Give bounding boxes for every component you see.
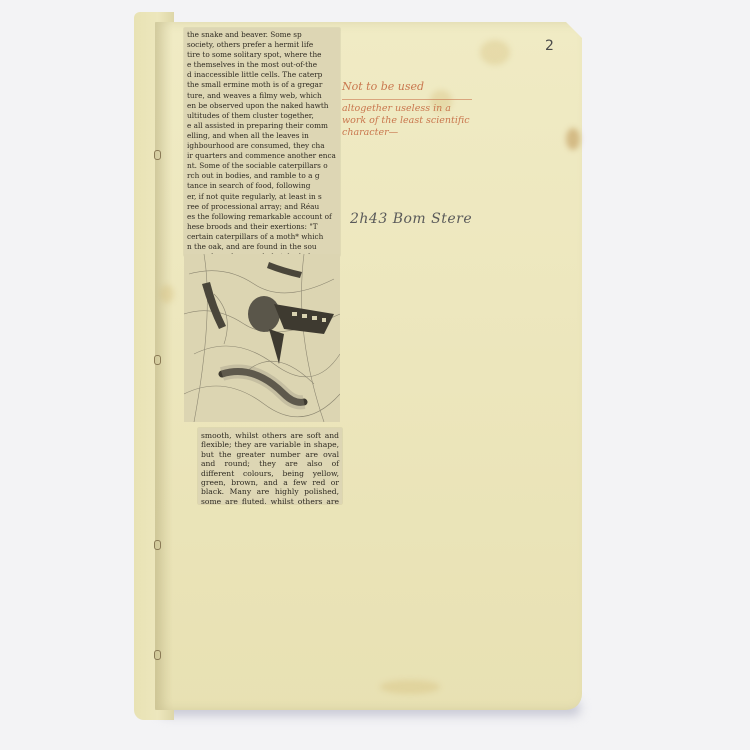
- clipping-line: es the following remarkable account of: [187, 212, 337, 222]
- clipping-line: hese broods and their exertions: "T: [187, 222, 337, 232]
- clipping-line: tire to some solitary spot, where the: [187, 50, 337, 60]
- red-note-underline: [342, 99, 472, 100]
- red-note-body: altogether useless in a work of the leas…: [342, 103, 477, 139]
- clipping-line: the small ermine moth is of a gregar: [187, 80, 337, 90]
- page-number: 2: [545, 38, 554, 54]
- foxing-stain: [566, 128, 580, 150]
- clipping-line: nt. Some of the sociable caterpillars o: [187, 161, 337, 171]
- clipping-line: ultitudes of them cluster together,: [187, 111, 337, 121]
- clipping-line: er, if not quite regularly, at least in …: [187, 192, 337, 202]
- clipping-line: d inaccessible little cells. The caterp: [187, 70, 337, 80]
- corner-fold: [566, 22, 582, 38]
- foxing-stain: [160, 285, 174, 303]
- moth-caterpillar-illustration-icon: [184, 254, 340, 422]
- red-pencil-note: Not to be used altogether useless in a w…: [342, 80, 477, 139]
- clipping-line: elling, and when all the leaves in: [187, 131, 337, 141]
- binding-stitch: [154, 150, 161, 160]
- clipping-text: smooth, whilst others are soft and flexi…: [201, 431, 339, 504]
- clipping-line: e themselves in the most out-of-the: [187, 60, 337, 70]
- foxing-stain: [380, 680, 440, 694]
- clipping-line: ir quarters and commence another enca: [187, 151, 337, 161]
- clipping-line: ighbourhood are consumed, they cha: [187, 141, 337, 151]
- red-note-title: Not to be used: [342, 80, 477, 93]
- newspaper-clipping-bottom: smooth, whilst others are soft and flexi…: [198, 428, 342, 504]
- clipping-line: e all assisted in preparing their comm: [187, 121, 337, 131]
- clipping-line: n the oak, and are found in the sou: [187, 242, 337, 252]
- binding-stitch: [154, 355, 161, 365]
- clipping-line: ree of processional array; and Réau: [187, 202, 337, 212]
- clipping-line: ture, and weaves a filmy web, which: [187, 91, 337, 101]
- binding-stitch: [154, 540, 161, 550]
- clipping-line: rch out in bodies, and ramble to a g: [187, 171, 337, 181]
- page-gutter: [155, 22, 173, 710]
- binding-stitch: [154, 650, 161, 660]
- clipping-line: the snake and beaver. Some sp: [187, 30, 337, 40]
- clipping-line: certain caterpillars of a moth* which: [187, 232, 337, 242]
- clipping-line: en be observed upon the naked hawth: [187, 101, 337, 111]
- moth-engraving: [184, 254, 340, 422]
- clipping-line: tance in search of food, following: [187, 181, 337, 191]
- clipping-line: society, others prefer a hermit life: [187, 40, 337, 50]
- ink-catalog-note: 2h43 Bom Stere: [350, 211, 472, 227]
- foxing-stain: [480, 40, 510, 65]
- newspaper-clipping-top: the snake and beaver. Some sp society, o…: [184, 28, 340, 256]
